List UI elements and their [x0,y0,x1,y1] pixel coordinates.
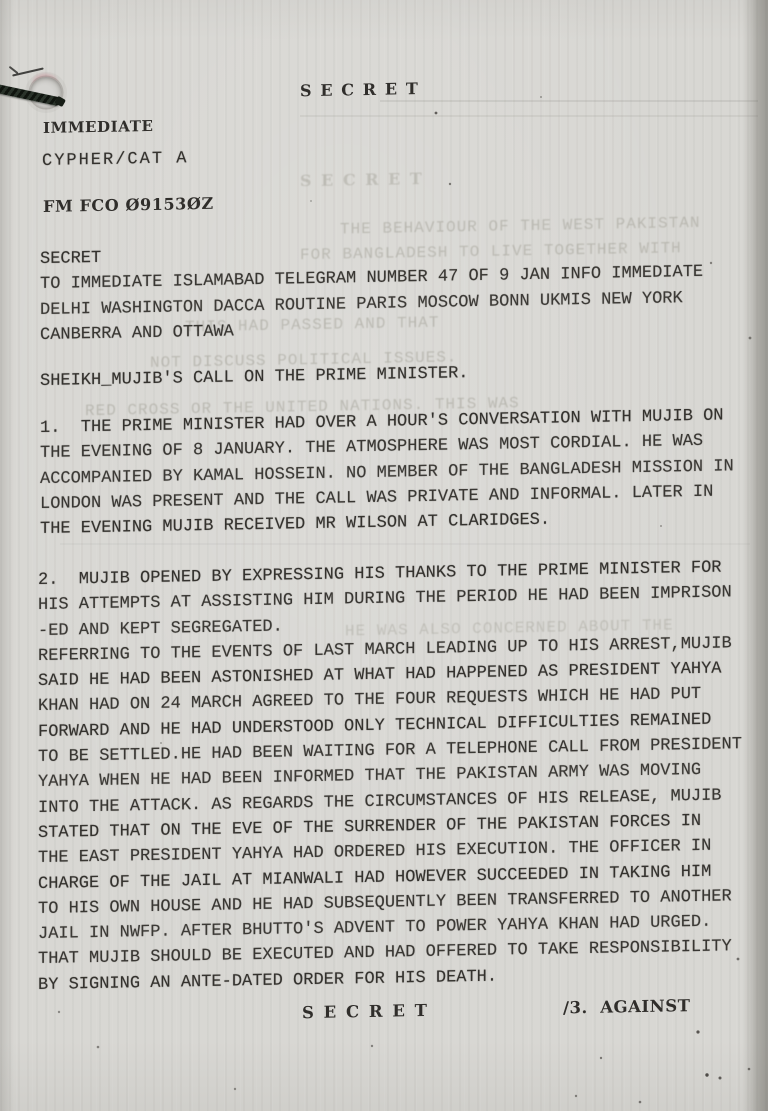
pen-mark [6,63,46,83]
paragraph-2: 2. MUJIB OPENED BY EXPRESSING HIS THANKS… [38,555,742,998]
bleed-through-line: S E C R E T [300,169,424,191]
bleed-through-text: S E C R E TTHE BEHAVIOUR OF THE WEST PAK… [0,0,768,1]
precedence-marking: IMMEDIATE [43,117,154,137]
address-block: SECRETTO IMMEDIATE ISLAMABAD TELEGRAM NU… [40,235,703,348]
subject-line: SHEIKH_MUJIB'S CALL ON THE PRIME MINISTE… [40,361,468,394]
typed-content: S E C R E TTHE BEHAVIOUR OF THE WEST PAK… [0,0,768,1111]
continuation-marker: /3. AGAINST [563,996,690,1017]
telegram-scan-page: S E C R E TTHE BEHAVIOUR OF THE WEST PAK… [0,0,768,1111]
typed-line: SHEIKH_MUJIB'S CALL ON THE PRIME MINISTE… [40,361,468,394]
classification-footer: S E C R E T [302,1001,429,1022]
paragraph-1: 1. THE PRIME MINISTER HAD OVER A HOUR'S … [40,403,734,542]
classification-header: S E C R E T [300,79,419,100]
origin-datetime-group: FM FCO Ø9153ØZ [43,194,214,216]
cypher-category-line: CYPHER/CAT A [42,148,188,173]
